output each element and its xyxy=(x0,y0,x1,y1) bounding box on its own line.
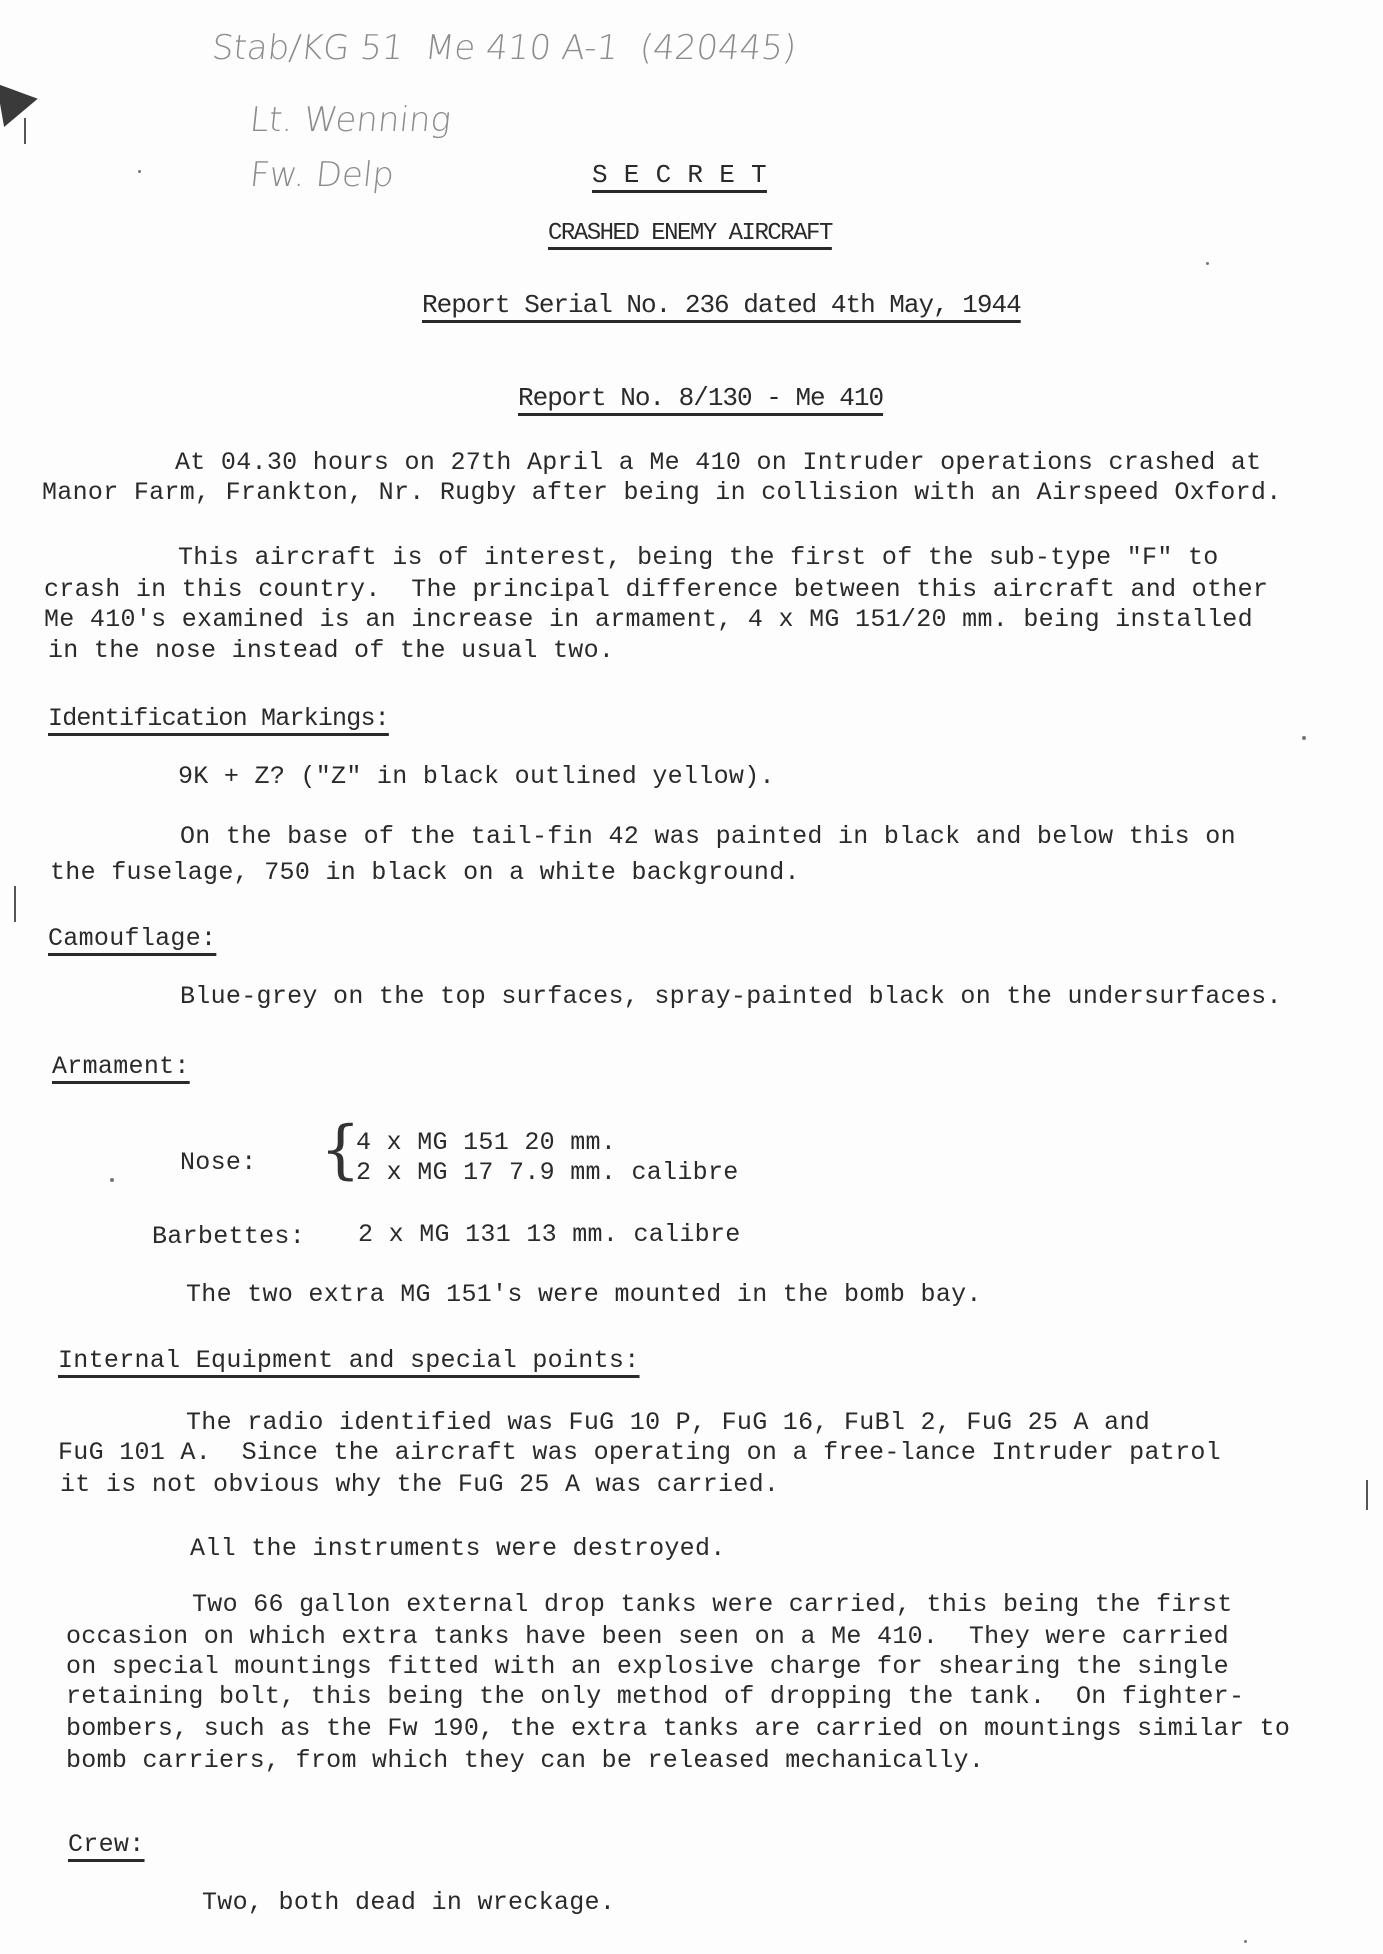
nose-label: Nose: xyxy=(180,1148,257,1177)
camouflage-heading: Camouflage: xyxy=(48,924,216,953)
crew-text: Two, both dead in wreckage. xyxy=(202,1888,615,1917)
tanks-line4: retaining bolt, this being the only meth… xyxy=(66,1682,1244,1711)
identification-heading: Identification Markings: xyxy=(48,704,389,733)
radio-line1: The radio identified was FuG 10 P, FuG 1… xyxy=(186,1408,1150,1437)
report-serial: Report Serial No. 236 dated 4th May, 194… xyxy=(422,290,1021,320)
crew-heading: Crew: xyxy=(68,1830,145,1859)
intro-p1-line2: Manor Farm, Frankton, Nr. Rugby after be… xyxy=(42,478,1282,507)
barbettes-label: Barbettes: xyxy=(152,1222,305,1251)
classification-label: S E C R E T xyxy=(592,160,767,190)
intro-p2-line4: in the nose instead of the usual two. xyxy=(48,636,614,665)
instruments-text: All the instruments were destroyed. xyxy=(190,1534,726,1563)
scan-mark xyxy=(14,886,16,922)
speck xyxy=(1244,1940,1247,1943)
intro-p2-line2: crash in this country. The principal dif… xyxy=(44,575,1268,604)
document-page: Stab/KG 51 Me 410 A-1 (420445) Lt. Wenni… xyxy=(0,0,1383,1954)
handwritten-pilot: Lt. Wenning xyxy=(248,100,453,140)
radio-line2: FuG 101 A. Since the aircraft was operat… xyxy=(58,1438,1221,1467)
intro-p2-line1: This aircraft is of interest, being the … xyxy=(178,543,1219,572)
identification-code: 9K + Z? ("Z" in black outlined yellow). xyxy=(178,762,775,791)
camouflage-text: Blue-grey on the top surfaces, spray-pai… xyxy=(180,982,1282,1011)
tanks-line2: occasion on which extra tanks have been … xyxy=(66,1622,1229,1651)
nose-item-1: 4 x MG 151 20 mm. xyxy=(356,1128,616,1157)
ink-blot xyxy=(0,77,42,127)
scan-mark xyxy=(1366,1480,1368,1510)
handwritten-unit-aircraft: Stab/KG 51 Me 410 A-1 (420445) xyxy=(210,28,798,68)
tanks-line5: bombers, such as the Fw 190, the extra t… xyxy=(66,1714,1290,1743)
tanks-line3: on special mountings fitted with an expl… xyxy=(66,1652,1229,1681)
report-number: Report No. 8/130 - Me 410 xyxy=(518,383,883,413)
intro-p2-line3: Me 410's examined is an increase in arma… xyxy=(44,605,1253,634)
handwritten-observer: Fw. Delp xyxy=(248,155,396,195)
speck xyxy=(138,170,141,173)
intro-p1-line1: At 04.30 hours on 27th April a Me 410 on… xyxy=(175,448,1261,477)
armament-note: The two extra MG 151's were mounted in t… xyxy=(186,1280,982,1309)
internal-heading: Internal Equipment and special points: xyxy=(58,1346,640,1375)
tanks-line6: bomb carriers, from which they can be re… xyxy=(66,1746,984,1775)
barbettes-item: 2 x MG 131 13 mm. calibre xyxy=(358,1220,741,1249)
brace-glyph: { xyxy=(320,1118,361,1182)
identification-p-line1: On the base of the tail-fin 42 was paint… xyxy=(180,822,1236,851)
radio-line3: it is not obvious why the FuG 25 A was c… xyxy=(60,1470,779,1499)
identification-p-line2: the fuselage, 750 in black on a white ba… xyxy=(50,858,800,887)
armament-heading: Armament: xyxy=(52,1052,190,1081)
speck xyxy=(1206,262,1209,265)
scan-mark xyxy=(24,118,26,144)
nose-item-2: 2 x MG 17 7.9 mm. calibre xyxy=(356,1158,739,1187)
speck xyxy=(110,1178,114,1182)
tanks-line1: Two 66 gallon external drop tanks were c… xyxy=(192,1590,1233,1619)
report-title: CRASHED ENEMY AIRCRAFT xyxy=(548,220,832,247)
speck xyxy=(1302,736,1306,740)
